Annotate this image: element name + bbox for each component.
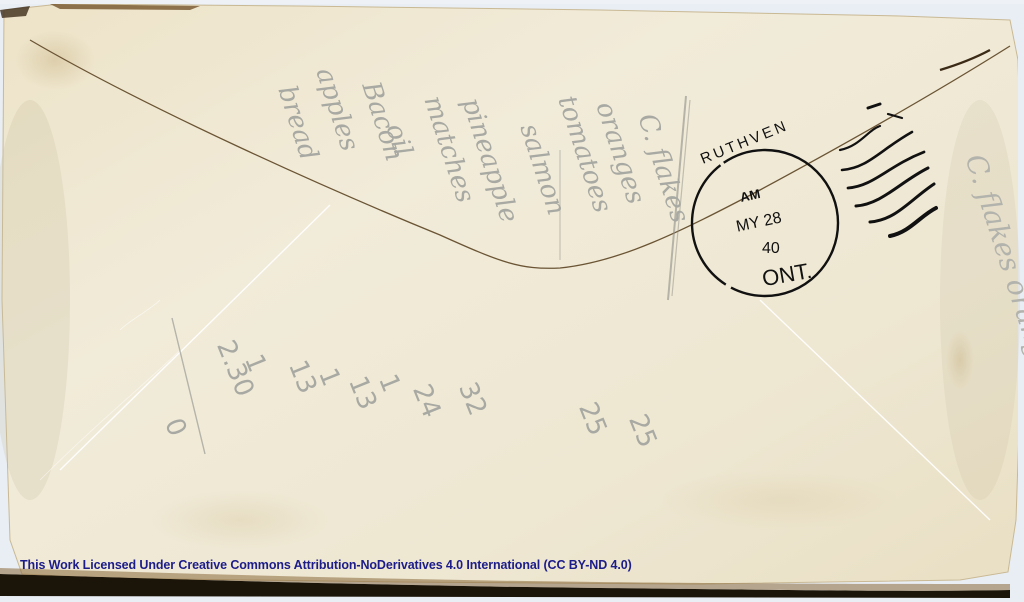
- envelope-back: [0, 0, 1024, 602]
- postmark: RUTHVEN AM MY 28 40 ONT.: [688, 146, 842, 300]
- license-notice: This Work Licensed Under Creative Common…: [20, 558, 632, 572]
- envelope-scan: RUTHVEN AM MY 28 40 ONT. C. flakes orang…: [0, 0, 1024, 602]
- postmark-year: 40: [762, 240, 780, 258]
